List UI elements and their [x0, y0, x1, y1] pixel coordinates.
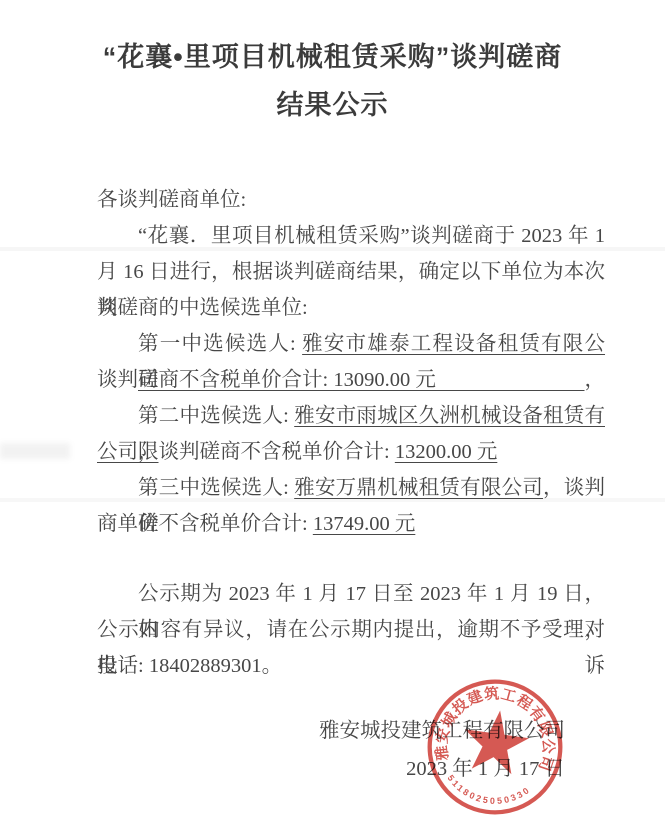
- winner-1-line: 第一中选候选人: 雅安市雄泰工程设备租赁有限公司，: [97, 326, 605, 362]
- document-page: “花襄•里项目机械租赁采购”谈判磋商 结果公示 各谈判磋商单位: “花襄．里项目…: [0, 0, 665, 822]
- complaint-phone-text: 电话: 18402889301。: [97, 655, 282, 677]
- winner-rank-label: 第二中选候选人:: [138, 405, 294, 427]
- body-text: 判磋商的中选候选单位:: [97, 297, 308, 319]
- body-line: 判磋商的中选候选单位:: [97, 290, 605, 326]
- winner-company-name: 雅安万鼎机械租赁有限公司: [294, 477, 543, 499]
- document-body: 各谈判磋商单位: “花襄．里项目机械租赁采购”谈判磋商于 2023 年 1 月 …: [97, 182, 605, 684]
- winner-2-line: 第二中选候选人: 雅安市雨城区久洲机械设备租赁有限: [97, 398, 605, 434]
- body-line: 月 16 日进行，根据谈判磋商结果，确定以下单位为本次谈: [97, 254, 605, 290]
- winner-rank-label: 第三中选候选人:: [138, 477, 294, 499]
- document-title-line-1: “花襄•里项目机械租赁采购”谈判磋商: [0, 33, 665, 81]
- winner-2-price-line: 公司，谈判磋商不含税单价合计: 13200.00 元: [97, 434, 605, 470]
- winner-price: 13749.00 元: [313, 513, 416, 535]
- winner-company-name: 公司: [97, 441, 138, 463]
- document-title-line-2: 结果公示: [0, 81, 665, 129]
- document-title: “花襄•里项目机械租赁采购”谈判磋商 结果公示: [0, 33, 665, 129]
- winner-3-line: 第三中选候选人: 雅安万鼎机械租赁有限公司，谈判磋: [97, 470, 605, 506]
- price-label: 商单价不含税单价合计:: [97, 513, 313, 535]
- winner-price: 13090.00 元: [333, 369, 436, 391]
- price-label: 谈判磋商不含税单价合计:: [97, 369, 333, 391]
- winner-rank-label: 第一中选候选人:: [138, 333, 302, 355]
- price-label: ，谈判磋商不含税单价合计:: [138, 441, 395, 463]
- star-icon: [459, 706, 532, 776]
- company-seal: 雅安城投建筑工程有限公司 5118025050330: [415, 667, 575, 822]
- scan-artifact-smudge: [0, 443, 70, 459]
- winner-price: 13200.00 元: [395, 441, 498, 463]
- body-text: ，: [585, 369, 606, 391]
- salutation-line: 各谈判磋商单位:: [97, 182, 605, 218]
- body-line: 公示内容有异议，请在公示期内提出，逾期不予受理，投诉: [97, 612, 605, 648]
- publicity-period-line: 公示期为 2023 年 1 月 17 日至 2023 年 1 月 19 日，如对: [97, 576, 605, 612]
- winner-3-price-line: 商单价不含税单价合计: 13749.00 元: [97, 506, 605, 542]
- body-line: “花襄．里项目机械租赁采购”谈判磋商于 2023 年 1: [97, 218, 605, 254]
- body-text: “花襄．里项目机械租赁采购”谈判磋商于 2023 年 1: [138, 225, 605, 247]
- salutation-text: 各谈判磋商单位:: [97, 189, 246, 211]
